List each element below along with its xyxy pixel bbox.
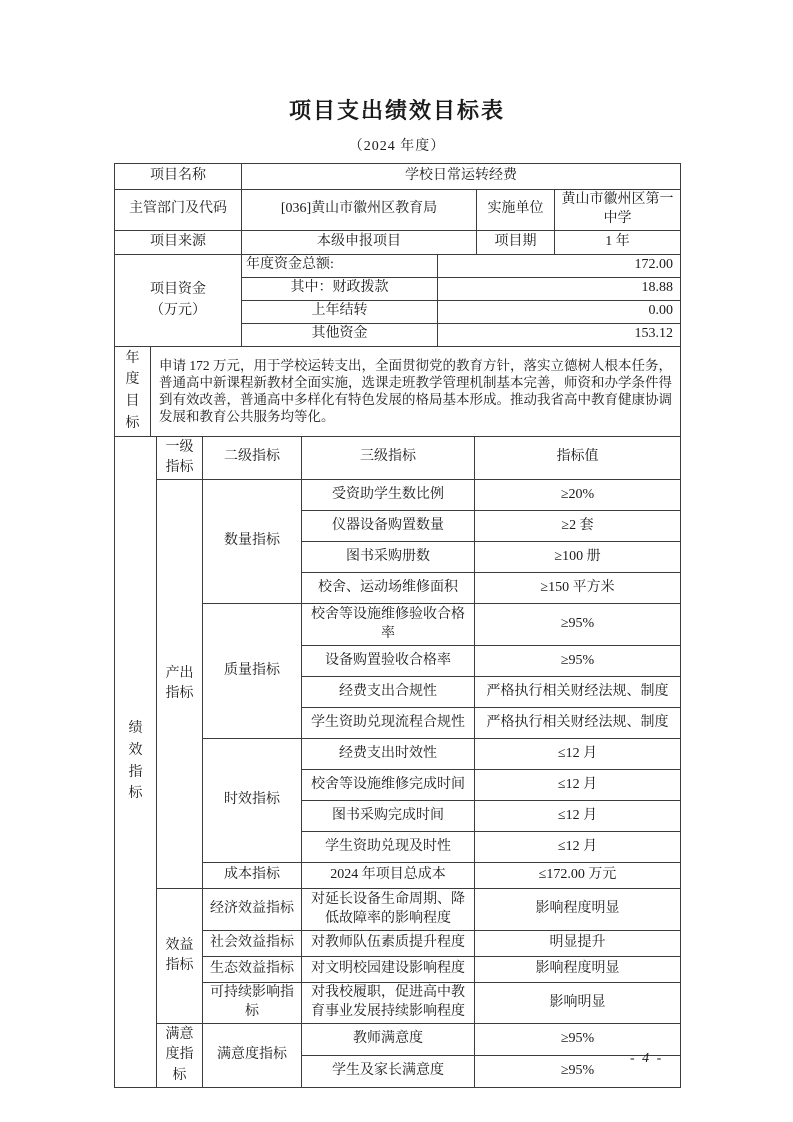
funds-label: 项目资金（万元） — [115, 254, 242, 346]
table-row: 效益指标 经济效益指标 对延长设备生命周期、降低故障率的影响程度 影响程度明显 — [115, 889, 681, 931]
document-sheet: 项目支出绩效目标表 （2024 年度） 项目名称 学校日常运转经费 主管部门及代… — [114, 94, 680, 1088]
indicator-name: 校舍等设施维修完成时间 — [302, 770, 475, 801]
level2-quality: 质量指标 — [203, 604, 302, 739]
header-level2: 二级指标 — [203, 436, 302, 480]
dept-label: 主管部门及代码 — [115, 190, 242, 231]
indicator-value: ≥150 平方米 — [475, 573, 681, 604]
indicator-value: 严格执行相关财经法规、制度 — [475, 708, 681, 739]
indicator-name: 对教师队伍素质提升程度 — [302, 931, 475, 957]
funds-row-label: 其他资金 — [242, 323, 438, 346]
indicator-name: 图书采购完成时间 — [302, 801, 475, 832]
table-row: 主管部门及代码 [036]黄山市徽州区教育局 实施单位 黄山市徽州区第一中学 — [115, 190, 681, 231]
page-number: - 4 - — [630, 1051, 663, 1067]
period-value: 1 年 — [555, 230, 681, 254]
level2-economic: 经济效益指标 — [203, 889, 302, 931]
indicator-name: 经费支出合规性 — [302, 677, 475, 708]
indicator-value: ≤172.00 万元 — [475, 863, 681, 889]
funds-row-label: 其中：财政拨款 — [242, 277, 438, 300]
indicator-value: ≤12 月 — [475, 832, 681, 863]
indicator-name: 对文明校园建设影响程度 — [302, 957, 475, 983]
impl-unit-label: 实施单位 — [477, 190, 555, 231]
indicator-value: 影响程度明显 — [475, 889, 681, 931]
funds-label-text: 项目资金（万元） — [150, 279, 206, 321]
funds-row-label: 上年结转 — [242, 300, 438, 323]
funds-row-value: 18.88 — [438, 277, 681, 300]
level2-cost: 成本指标 — [203, 863, 302, 889]
level2-sustainability: 可持续影响指标 — [203, 983, 302, 1024]
indicators-side-label-text: 绩效指标 — [129, 718, 143, 805]
indicator-value: ≥20% — [475, 480, 681, 511]
indicator-value: 影响程度明显 — [475, 957, 681, 983]
annual-goal-label: 年度目标 — [115, 346, 151, 436]
funds-row-value: 153.12 — [438, 323, 681, 346]
header-level3: 三级指标 — [302, 436, 475, 480]
indicators-side-label: 绩效指标 — [115, 436, 157, 1087]
impl-unit-value: 黄山市徽州区第一中学 — [555, 190, 681, 231]
funds-row-value: 172.00 — [438, 254, 681, 277]
table-row: 产出指标 数量指标 受资助学生数比例 ≥20% — [115, 480, 681, 511]
indicator-name: 2024 年项目总成本 — [302, 863, 475, 889]
indicator-value: 明显提升 — [475, 931, 681, 957]
indicator-name: 设备购置验收合格率 — [302, 646, 475, 677]
annual-goal-table: 年度目标 申请 172 万元，用于学校运转支出，全面贯彻党的教育方针，落实立德树… — [114, 346, 681, 437]
indicators-table: 绩效指标 一级指标 二级指标 三级指标 指标值 产出指标 数量指标 受资助学生数… — [114, 436, 681, 1088]
indicator-value: ≤12 月 — [475, 801, 681, 832]
level2-satisfaction: 满意度指标 — [203, 1023, 302, 1087]
indicator-name: 经费支出时效性 — [302, 739, 475, 770]
indicator-value: 影响明显 — [475, 983, 681, 1024]
table-row: 年度目标 申请 172 万元，用于学校运转支出，全面贯彻党的教育方针，落实立德树… — [115, 346, 681, 436]
table-row: 项目来源 本级申报项目 项目期 1 年 — [115, 230, 681, 254]
table-row: 项目名称 学校日常运转经费 — [115, 164, 681, 190]
source-label: 项目来源 — [115, 230, 242, 254]
indicator-name: 对我校履职，促进高中教育事业发展持续影响程度 — [302, 983, 475, 1024]
period-label: 项目期 — [477, 230, 555, 254]
indicator-name: 仪器设备购置数量 — [302, 511, 475, 542]
source-value: 本级申报项目 — [242, 230, 477, 254]
indicator-name: 对延长设备生命周期、降低故障率的影响程度 — [302, 889, 475, 931]
annual-goal-text: 申请 172 万元，用于学校运转支出，全面贯彻党的教育方针，落实立德树人根本任务… — [151, 346, 681, 436]
indicator-name: 教师满意度 — [302, 1023, 475, 1055]
header-level1: 一级指标 — [157, 436, 203, 480]
level2-timeliness: 时效指标 — [203, 739, 302, 863]
funds-row-label: 年度资金总额: — [242, 254, 438, 277]
page-title: 项目支出绩效目标表 — [114, 94, 680, 125]
header-value: 指标值 — [475, 436, 681, 480]
indicator-name: 学生资助兑现流程合规性 — [302, 708, 475, 739]
project-name-value: 学校日常运转经费 — [242, 164, 681, 190]
annual-goal-label-text: 年度目标 — [126, 348, 140, 435]
table-row: 绩效指标 一级指标 二级指标 三级指标 指标值 — [115, 436, 681, 480]
table-row: 满意度指标 满意度指标 教师满意度 ≥95% — [115, 1023, 681, 1055]
indicator-value: 严格执行相关财经法规、制度 — [475, 677, 681, 708]
indicator-name: 学生资助兑现及时性 — [302, 832, 475, 863]
page-subtitle: （2024 年度） — [114, 135, 680, 155]
funds-row-value: 0.00 — [438, 300, 681, 323]
project-name-label: 项目名称 — [115, 164, 242, 190]
indicator-value: ≥2 套 — [475, 511, 681, 542]
level1-benefit: 效益指标 — [157, 889, 203, 1024]
indicator-name: 校舍等设施维修验收合格率 — [302, 604, 475, 646]
indicator-name: 校舍、运动场维修面积 — [302, 573, 475, 604]
dept-value: [036]黄山市徽州区教育局 — [242, 190, 477, 231]
indicator-value: ≤12 月 — [475, 739, 681, 770]
indicator-name: 学生及家长满意度 — [302, 1055, 475, 1087]
level1-satisfaction: 满意度指标 — [157, 1023, 203, 1087]
indicator-name: 图书采购册数 — [302, 542, 475, 573]
indicator-value: ≥100 册 — [475, 542, 681, 573]
indicator-value: ≥95% — [475, 646, 681, 677]
indicator-name: 受资助学生数比例 — [302, 480, 475, 511]
table-row: 项目资金（万元） 年度资金总额: 172.00 — [115, 254, 681, 277]
level1-output: 产出指标 — [157, 480, 203, 889]
level2-ecological: 生态效益指标 — [203, 957, 302, 983]
level2-social: 社会效益指标 — [203, 931, 302, 957]
level2-quantity: 数量指标 — [203, 480, 302, 604]
indicator-value: ≥95% — [475, 604, 681, 646]
project-info-table: 项目名称 学校日常运转经费 主管部门及代码 [036]黄山市徽州区教育局 实施单… — [114, 163, 681, 347]
indicator-value: ≤12 月 — [475, 770, 681, 801]
